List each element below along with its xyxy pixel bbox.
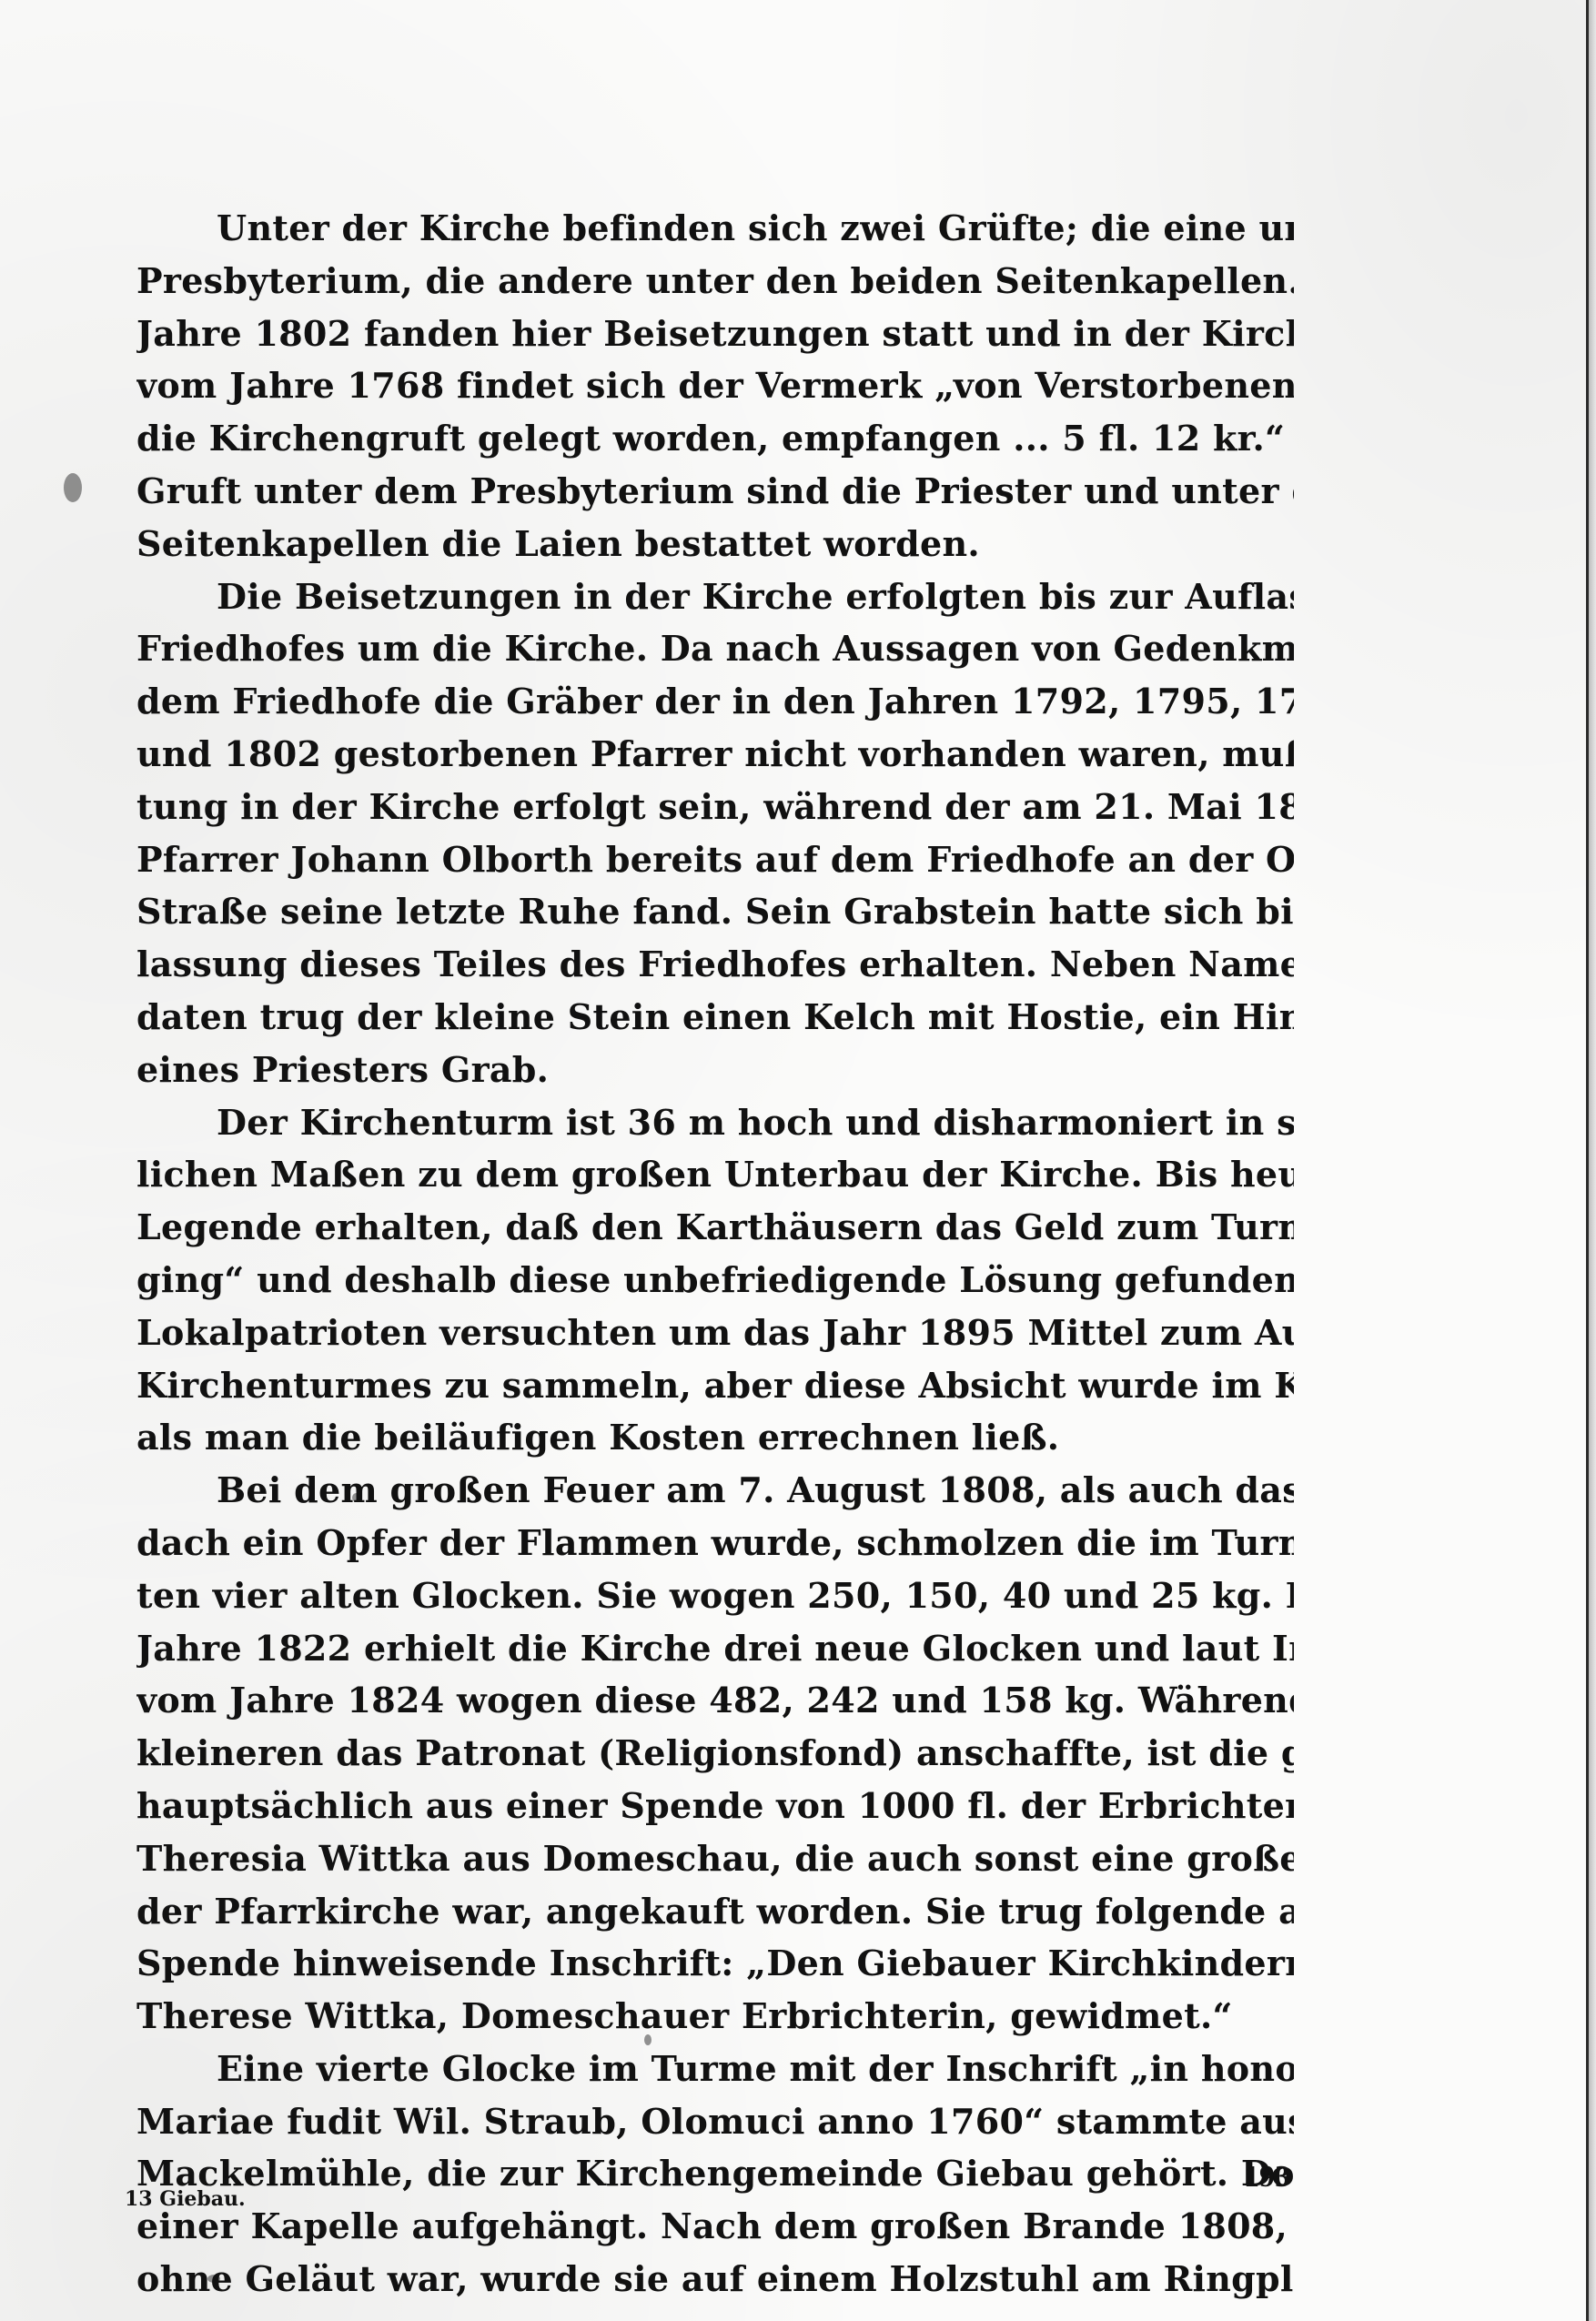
text-line: Lokalpatrioten versuchten um das Jahr 18…	[136, 1307, 1294, 1359]
text-line: Straße seine letzte Ruhe fand. Sein Grab…	[136, 885, 1294, 938]
text-line: hauptsächlich aus einer Spende von 1000 …	[136, 1780, 1294, 1832]
text-line: eines Priesters Grab.	[136, 1044, 1294, 1096]
text-line: Die Beisetzungen in der Kirche erfolgten…	[136, 570, 1294, 623]
text-line: Eine vierte Glocke im Turme mit der Insc…	[136, 2043, 1294, 2095]
paragraph: Der Kirchenturm ist 36 m hoch und dishar…	[136, 1096, 1294, 1465]
text-line: Theresia Wittka aus Domeschau, die auch …	[136, 1832, 1294, 1885]
text-line: Legende erhalten, daß den Karthäusern da…	[136, 1201, 1294, 1254]
scanned-page: Unter der Kirche befinden sich zwei Grüf…	[0, 0, 1596, 2321]
text-line: Bei dem großen Feuer am 7. August 1808, …	[136, 1464, 1294, 1517]
text-line: Therese Wittka, Domeschauer Erbrichterin…	[136, 1990, 1294, 2043]
page-edge-line	[1586, 0, 1589, 2321]
text-line: ten vier alten Glocken. Sie wogen 250, 1…	[136, 1569, 1294, 1622]
text-line: kleineren das Patronat (Religionsfond) a…	[136, 1727, 1294, 1780]
text-line: daten trug der kleine Stein einen Kelch …	[136, 991, 1294, 1044]
text-line: einer Kapelle aufgehängt. Nach dem große…	[136, 2200, 1294, 2253]
text-line: vom Jahre 1824 wogen diese 482, 242 und …	[136, 1674, 1294, 1727]
text-line: Pfarrer Johann Olborth bereits auf dem F…	[136, 833, 1294, 886]
text-line: lassung dieses Teiles des Friedhofes erh…	[136, 938, 1294, 991]
text-line: dem Friedhofe die Gräber der in den Jahr…	[136, 675, 1294, 728]
text-line: Jahre 1822 erhielt die Kirche drei neue …	[136, 1622, 1294, 1675]
text-line: tung in der Kirche erfolgt sein, während…	[136, 781, 1294, 833]
text-line: Friedhofes um die Kirche. Da nach Aussag…	[136, 622, 1294, 675]
text-line: Kirchenturmes zu sammeln, aber diese Abs…	[136, 1359, 1294, 1412]
text-line: Mariae fudit Wil. Straub, Olomuci anno 1…	[136, 2095, 1294, 2148]
text-line: Jahre 1802 fanden hier Beisetzungen stat…	[136, 308, 1294, 360]
body-text: Unter der Kirche befinden sich zwei Grüf…	[136, 202, 1294, 2306]
text-line: Spende hinweisende Inschrift: „Den Gieba…	[136, 1937, 1294, 1990]
text-line: vom Jahre 1768 findet sich der Vermerk „…	[136, 359, 1294, 412]
text-line: ohne Geläut war, wurde sie auf einem Hol…	[136, 2253, 1294, 2306]
paragraph: Unter der Kirche befinden sich zwei Grüf…	[136, 202, 1294, 570]
page-number: 193	[1244, 2160, 1290, 2195]
paragraph: Eine vierte Glocke im Turme mit der Insc…	[136, 2043, 1294, 2306]
paragraph: Die Beisetzungen in der Kirche erfolgten…	[136, 570, 1294, 1096]
signature-mark: 13 Giebau.	[125, 2187, 246, 2211]
text-line: der Pfarrkirche war, angekauft worden. S…	[136, 1885, 1294, 1938]
text-line: Unter der Kirche befinden sich zwei Grüf…	[136, 202, 1294, 255]
text-line: ging“ und deshalb diese unbefriedigende …	[136, 1254, 1294, 1307]
text-line: lichen Maßen zu dem großen Unterbau der …	[136, 1148, 1294, 1201]
text-line: dach ein Opfer der Flammen wurde, schmol…	[136, 1517, 1294, 1569]
ink-speck	[64, 473, 82, 502]
text-line: und 1802 gestorbenen Pfarrer nicht vorha…	[136, 728, 1294, 781]
text-line: Gruft unter dem Presbyterium sind die Pr…	[136, 465, 1294, 518]
paragraph: Bei dem großen Feuer am 7. August 1808, …	[136, 1464, 1294, 2043]
text-line: Der Kirchenturm ist 36 m hoch und dishar…	[136, 1096, 1294, 1149]
text-line: als man die beiläufigen Kosten errechnen…	[136, 1411, 1294, 1464]
text-line: Seitenkapellen die Laien bestattet worde…	[136, 518, 1294, 570]
text-line: Presbyterium, die andere unter den beide…	[136, 255, 1294, 308]
text-line: die Kirchengruft gelegt worden, empfange…	[136, 412, 1294, 465]
page-edge-shadow	[1589, 0, 1596, 2321]
text-line: Mackelmühle, die zur Kirchengemeinde Gie…	[136, 2147, 1294, 2200]
